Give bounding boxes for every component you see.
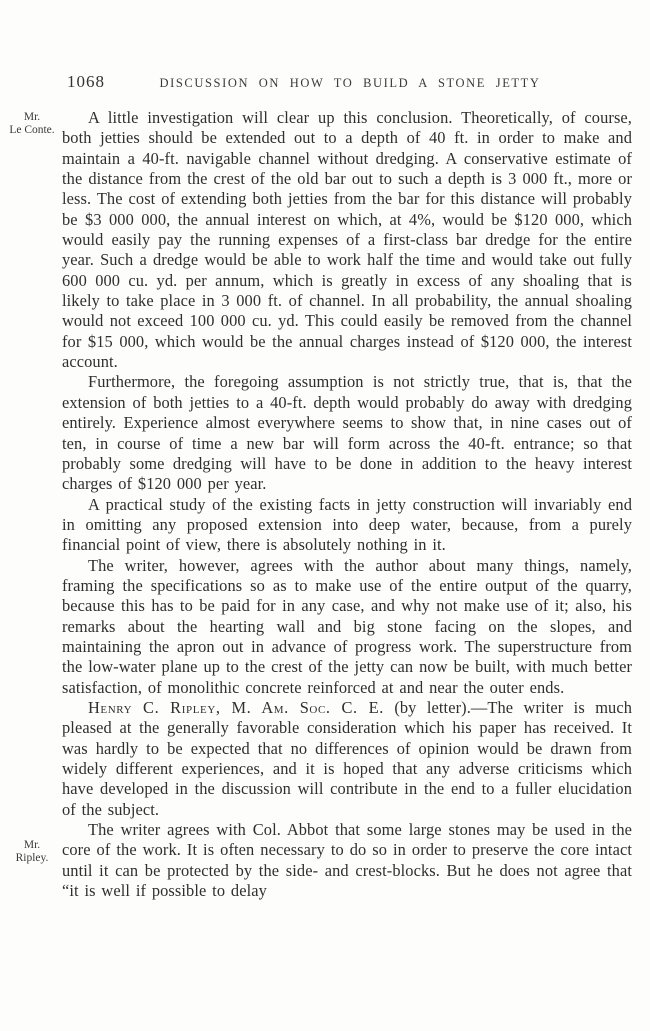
- speaker-name: Henry C. Ripley, M. Am. Soc. C. E.: [88, 698, 384, 717]
- margin-note-ripley: Mr. Ripley.: [2, 839, 62, 864]
- margin-note-le-conte-line2: Le Conte.: [9, 124, 54, 136]
- paragraph-ripley-2: The writer agrees with Col. Abbot that s…: [62, 820, 632, 901]
- book-page: 1068 DISCUSSION ON HOW TO BUILD A STONE …: [0, 0, 650, 1031]
- page-number: 1068: [67, 72, 105, 92]
- paragraph-le-conte-1: A little investigation will clear up thi…: [62, 108, 632, 372]
- paragraph-le-conte-3: A practical study of the existing facts …: [62, 495, 632, 556]
- paragraph-le-conte-4: The writer, however, agrees with the aut…: [62, 556, 632, 698]
- margin-note-ripley-line2: Ripley.: [16, 852, 49, 864]
- paragraph-le-conte-2: Furthermore, the foregoing assumption is…: [62, 372, 632, 494]
- paragraph-ripley-intro: Henry C. Ripley, M. Am. Soc. C. E. (by l…: [62, 698, 632, 820]
- running-title: DISCUSSION ON HOW TO BUILD A STONE JETTY: [130, 76, 570, 91]
- margin-note-le-conte-line1: Mr.: [24, 111, 40, 123]
- page-header: 1068 DISCUSSION ON HOW TO BUILD A STONE …: [0, 72, 650, 94]
- margin-note-le-conte: Mr. Le Conte.: [2, 111, 62, 136]
- page-body: A little investigation will clear up thi…: [62, 108, 632, 901]
- margin-note-ripley-line1: Mr.: [24, 839, 40, 851]
